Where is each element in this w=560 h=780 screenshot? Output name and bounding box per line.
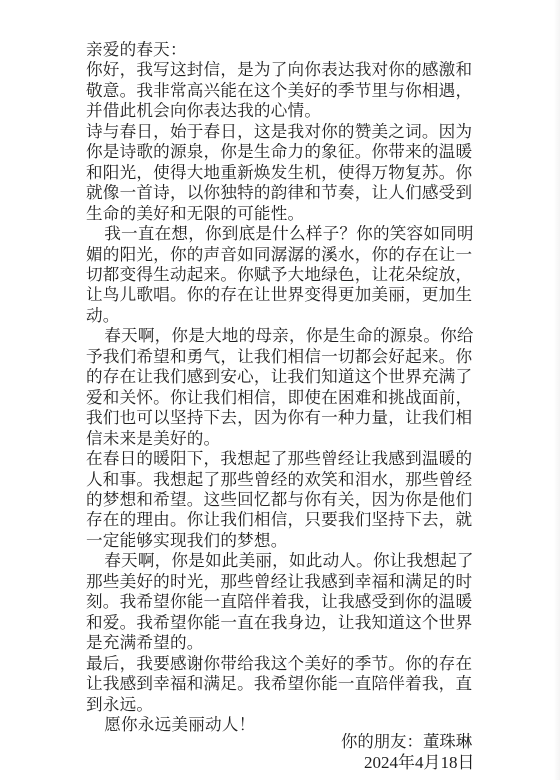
page-edge-shadow [554, 0, 560, 780]
signature-block: 你的朋友：董珠琳 2024年4月18日 [341, 731, 481, 773]
salutation: 亲爱的春天： [86, 40, 486, 60]
letter-body: 亲爱的春天： 你好，我写这封信，是为了向你表达我对你的感激和敬意。我非常高兴能在… [86, 40, 486, 735]
paragraph-memories: 在春日的暖阳下，我想起了那些曾经让我感到温暖的人和事。我想起了那些曾经的欢笑和泪… [86, 449, 486, 551]
paragraph-mother-earth: 春天啊，你是大地的母亲，你是生命的源泉。你给予我们希望和勇气，让我们相信一切都会… [86, 326, 486, 449]
paragraph-wondering: 我一直在想，你到底是什么样子？你的笑容如同明媚的阳光，你的声音如同潺潺的溪水，你… [86, 224, 486, 326]
paragraph-poetry: 诗与春日，始于春日，这是我对你的赞美之词。因为你是诗歌的源泉，你是生命力的象征。… [86, 122, 486, 224]
paragraph-beautiful: 春天啊，你是如此美丽，如此动人。你让我想起了那些美好的时光，那些曾经让我感到幸福… [86, 551, 486, 653]
signature-date: 2024年4月18日 [341, 752, 481, 773]
signature-name: 你的朋友：董珠琳 [341, 731, 481, 752]
paragraph-greeting: 你好，我写这封信，是为了向你表达我对你的感激和敬意。我非常高兴能在这个美好的季节… [86, 60, 486, 121]
letter-page: 亲爱的春天： 你好，我写这封信，是为了向你表达我对你的感激和敬意。我非常高兴能在… [0, 0, 560, 780]
paragraph-thanks: 最后，我要感谢你带给我这个美好的季节。你的存在让我感到幸福和满足。我希望你能一直… [86, 654, 486, 715]
